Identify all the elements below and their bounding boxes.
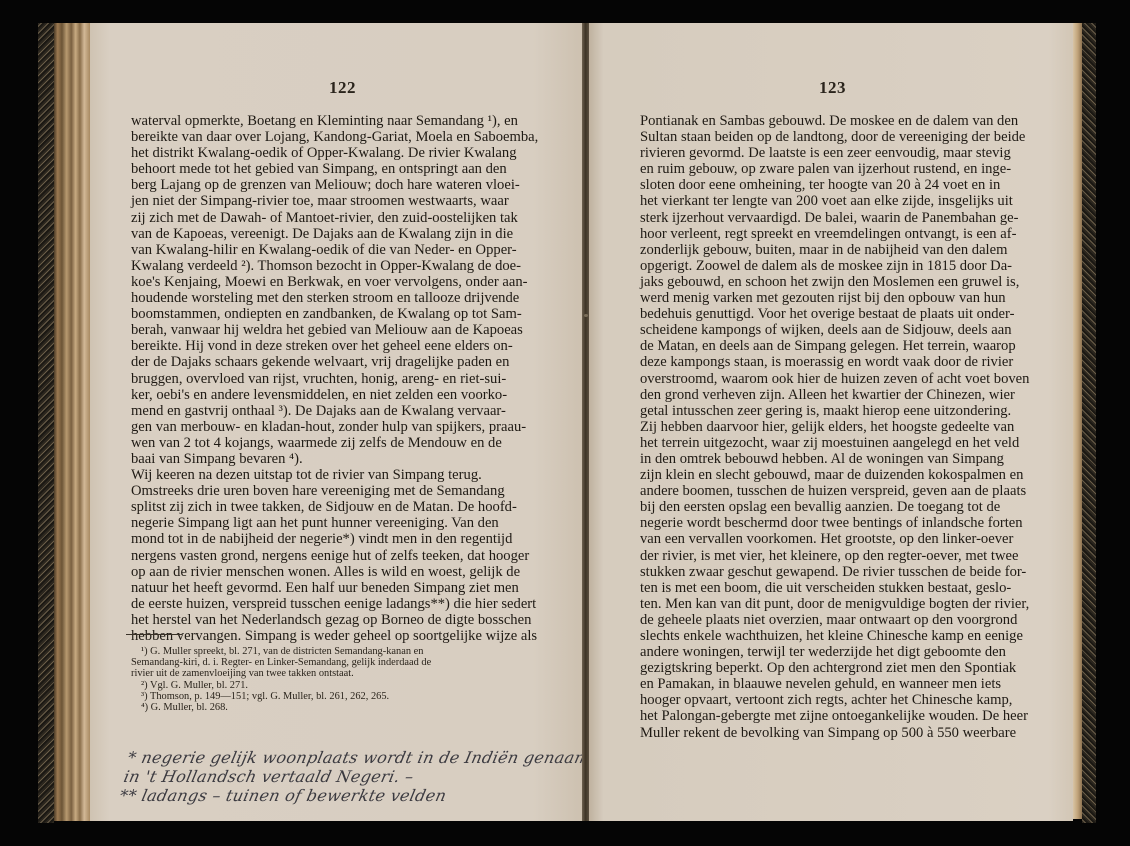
book-cover-right-edge (1082, 23, 1096, 823)
text-line: ¹) G. Muller spreekt, bl. 271, van de di… (131, 646, 480, 657)
right-page-body: Pontianak en Sambas gebouwd. De moskee e… (640, 113, 993, 741)
page-number-right: 123 (819, 78, 846, 98)
text-line: splitst zij zich in twee takken, de Sidj… (131, 499, 480, 515)
text-line: ten. Men kan van dit punt, door de menig… (640, 596, 993, 612)
text-line: in 't Hollandsch vertaald Negeri. – (122, 767, 586, 786)
text-line: gezigtskring beperkt. Op den achtergrond… (640, 660, 993, 676)
text-line: berah, vanwaar hij weldra het gebied van… (131, 322, 480, 338)
text-line: Muller rekent de bevolking van Simpang o… (640, 725, 993, 741)
text-line: scheidene kampongs of wijken, deels aan … (640, 322, 993, 338)
text-line: bruggen, overvloed van rijst, vruchten, … (131, 371, 480, 387)
paper-speck (584, 314, 588, 317)
text-line: der de Dajaks schaars gekende welvaart, … (131, 354, 480, 370)
text-line: opgerigt. Zoowel de dalem als de moskee … (640, 258, 993, 274)
handwritten-annotation: * negerie gelijk woonplaats wordt in de … (118, 748, 590, 805)
text-line: ³) Thomson, p. 149—151; vgl. G. Muller, … (131, 691, 480, 702)
text-line: jaks gebouwd, en schoon het zwijn den Mo… (640, 274, 993, 290)
left-page-footnotes: ¹) G. Muller spreekt, bl. 271, van de di… (131, 646, 480, 713)
text-line: ⁴) G. Muller, bl. 268. (131, 702, 480, 713)
text-line: het distrikt Kwalang-oedik of Opper-Kwal… (131, 145, 480, 161)
text-line: andere woningen, terwijl ter wederzijde … (640, 644, 993, 660)
text-line: Omstreeks drie uren boven hare vereenigi… (131, 483, 480, 499)
text-line: houdende worsteling met den sterken stro… (131, 290, 480, 306)
book-cover-left-edge (38, 23, 54, 823)
page-edges-right (1073, 23, 1082, 819)
text-line: boomstammen, ondiepten en zandbanken, de… (131, 306, 480, 322)
text-line: het herstel van het Nederlandsch gezag o… (131, 612, 480, 628)
text-line: berg Lajang op de grenzen van Meliouw; d… (131, 177, 480, 193)
text-line: zonderlijk gebouw, buiten, maar in de na… (640, 242, 993, 258)
text-line: de eerste huizen, verspreid tusschen een… (131, 596, 480, 612)
text-line: de Matan, en deels aan de Simpang gelege… (640, 338, 993, 354)
text-line: bereikte van daar over Lojang, Kandong-G… (131, 129, 480, 145)
text-line: bereikte. Hij vond in deze streken over … (131, 338, 480, 354)
text-line: ker, oebi's en andere levensmiddelen, en… (131, 387, 480, 403)
right-page: 123 Pontianak en Sambas gebouwd. De mosk… (589, 23, 1073, 821)
left-page-body: waterval opmerkte, Boetang en Kleminting… (131, 113, 480, 644)
text-line: en ruim gebouw, op zware palen van ijzer… (640, 161, 993, 177)
text-line: wen van 2 tot 4 kojangs, waarmede zij ze… (131, 435, 480, 451)
text-line: mond tot in de nabijheid der negerie*) v… (131, 531, 480, 547)
text-line: bij den eersten opslag een bevallig aanz… (640, 499, 993, 515)
text-line: hooger opvaart, vertoont zich regts, ach… (640, 692, 993, 708)
text-line: Sultan staan beiden op de landtong, door… (640, 129, 993, 145)
text-line: Wij keeren na dezen uitstap tot de rivie… (131, 467, 480, 483)
text-line: mend en gastvrij onthaal ³). De Dajaks a… (131, 403, 480, 419)
text-line: negerie wordt beschermd door twee bentin… (640, 515, 993, 531)
text-line: in den omtrek bebouwd hebben. Al de woni… (640, 451, 993, 467)
text-line: van een vervallen voorkomen. Het grootst… (640, 531, 993, 547)
text-line: stukken zwaar geschut gewapend. De rivie… (640, 564, 993, 580)
text-line: Pontianak en Sambas gebouwd. De moskee e… (640, 113, 993, 129)
text-line: der rivier, is met vier, het kleinere, o… (640, 548, 993, 564)
text-line: bedehuis genuttigd. Voor het overige bes… (640, 306, 993, 322)
text-line: werd menig varken met gezouten rijst bij… (640, 290, 993, 306)
text-line: Kwalang verdeeld ²). Thomson bezocht in … (131, 258, 480, 274)
text-line: getal intusschen zeer gering is, maakt h… (640, 403, 993, 419)
text-line: deze kampongs staan, is moerassig en wor… (640, 354, 993, 370)
text-line: ** ladangs – tuinen of bewerkte velden (118, 786, 582, 805)
text-line: ten is met een boom, die uit verscheiden… (640, 580, 993, 596)
text-line: zijn klein en slecht gebouwd, maar de du… (640, 467, 993, 483)
text-line: * negerie gelijk woonplaats wordt in de … (126, 748, 590, 767)
text-line: van de Kapoeas, vereenigt. De Dajaks aan… (131, 226, 480, 242)
left-page: 122 waterval opmerkte, Boetang en Klemin… (90, 23, 582, 821)
text-line: koe's Kenjaing, Moewi en Berkwak, en voe… (131, 274, 480, 290)
text-line: de geheele plaats niet overzien, maar on… (640, 612, 993, 628)
text-line: overstroomd, waarom ook hier de huizen z… (640, 371, 993, 387)
page-number-left: 122 (329, 78, 356, 98)
text-line: het terrein uitgezocht, waar zij moestui… (640, 435, 993, 451)
text-line: gen van merbouw- en kladan-hout, zonder … (131, 419, 480, 435)
text-line: den grond verheven zijn. Alleen het kwar… (640, 387, 993, 403)
footnote-separator (126, 634, 182, 635)
text-line: andere boomen, tusschen de huizen verspr… (640, 483, 993, 499)
text-line: nergens vasten grond, nergens eenige hut… (131, 548, 480, 564)
text-line: en Pamakan, in blaauwe nevelen gehuld, e… (640, 676, 993, 692)
text-line: op aan de rivier menschen wonen. Alles i… (131, 564, 480, 580)
text-line: het Palongan-gebergte met zijne ontoegan… (640, 708, 993, 724)
text-line: rivier uit de zamenvloeijing van twee ta… (131, 668, 480, 679)
text-line: hebben vervangen. Simpang is weder gehee… (131, 628, 480, 644)
text-line: sterk ijzerhout vervaardigd. De balei, w… (640, 210, 993, 226)
text-line: negerie Simpang ligt aan het punt hunner… (131, 515, 480, 531)
text-line: waterval opmerkte, Boetang en Kleminting… (131, 113, 480, 129)
text-line: behoort mede tot het gebied van Simpang,… (131, 161, 480, 177)
text-line: het vierkant ter lengte van 200 voet aan… (640, 193, 993, 209)
text-line: natuur het heeft gevormd. Een half uur b… (131, 580, 480, 596)
text-line: zij zich met de Dawah- of Mantoet-rivier… (131, 210, 480, 226)
text-line: Semandang-kiri, d. i. Regter- en Linker-… (131, 657, 480, 668)
text-line: rivieren gevormd. De laatste is een zeer… (640, 145, 993, 161)
book-gutter (582, 23, 589, 821)
text-line: slechts enkele wachthuizen, het kleine C… (640, 628, 993, 644)
text-line: Zij hebben daarvoor hier, gelijk elders,… (640, 419, 993, 435)
text-line: baai van Simpang bevaren ⁴). (131, 451, 480, 467)
text-line: jen niet der Simpang-rivier toe, maar st… (131, 193, 480, 209)
text-line: sloten door eene omheining, ter hoogte v… (640, 177, 993, 193)
page-edges-left (54, 23, 90, 821)
text-line: ²) Vgl. G. Muller, bl. 271. (131, 680, 480, 691)
text-line: hoor verleent, regt spreekt en vreemdeli… (640, 226, 993, 242)
text-line: van Kwalang-hilir en Kwalang-oedik of di… (131, 242, 480, 258)
